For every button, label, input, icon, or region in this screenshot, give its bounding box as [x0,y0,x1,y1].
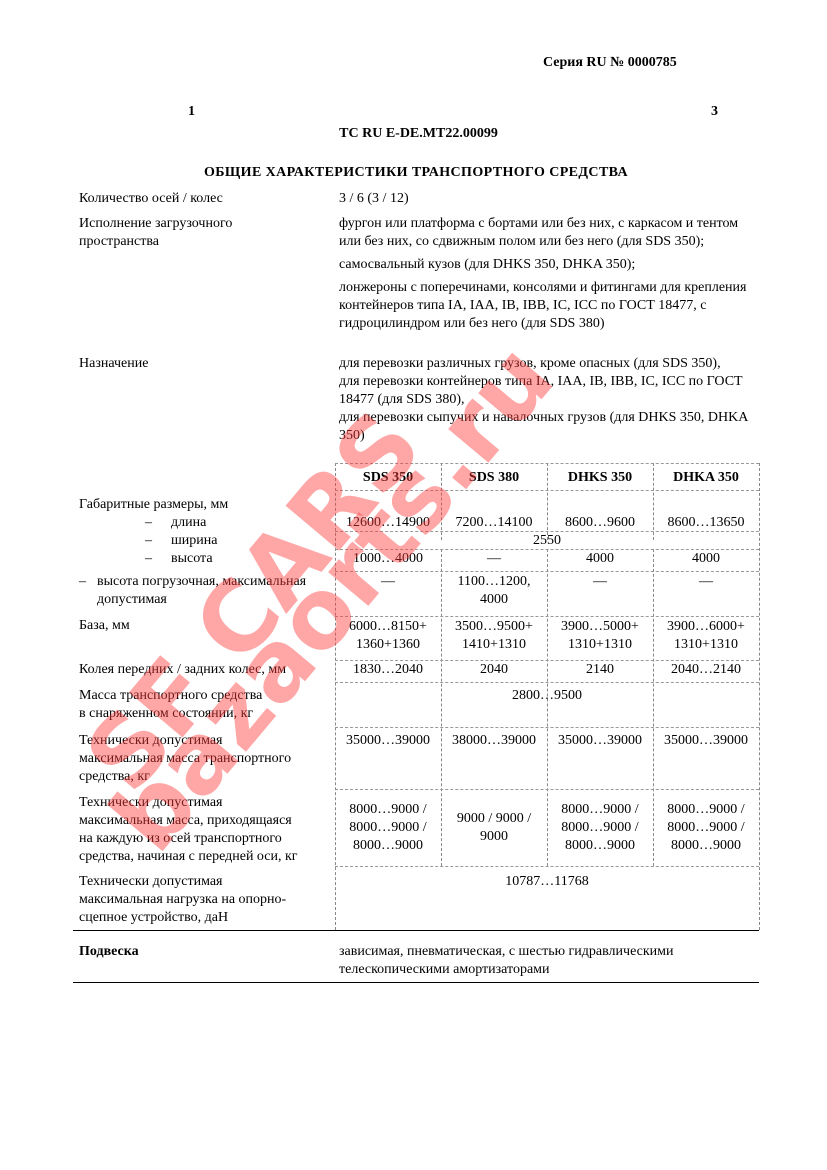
purpose-value-3: для перевозки сыпучих и навалочных грузо… [339,409,759,445]
cargo-value-1: фургон или платформа с бортами или без н… [339,215,759,251]
cargo-value-2: самосвальный кузов (для DHKS 350, DHKA 3… [339,256,759,274]
load-height-sds380: 1100…1200, 4000 [441,573,547,609]
base-sds350: 6000…8150+1360+1360 [335,618,441,654]
height-dhks350: 4000 [547,550,653,568]
length-dhks350: 8600…9600 [547,514,653,532]
width-all: 2550 [335,532,759,550]
length-sds380: 7200…14100 [441,514,547,532]
base-sds380: 3500…9500+1410+1310 [441,618,547,654]
width-label: –ширина [79,532,335,550]
coupling-load-label: Технически допустимая максимальная нагру… [79,873,334,927]
track-dhka350: 2040…2140 [653,661,759,679]
column-number-right: 3 [711,104,718,120]
page-title: ОБЩИЕ ХАРАКТЕРИСТИКИ ТРАНСПОРТНОГО СРЕДС… [0,165,827,181]
column-number-left: 1 [188,104,195,120]
axles-value: 3 / 6 (3 / 12) [339,190,759,208]
suspension-value: зависимая, пневматическая, с шестью гидр… [339,943,759,979]
cargo-values: фургон или платформа с бортами или без н… [339,215,759,337]
model-header-dhks350: DHKS 350 [547,469,653,487]
axle-load-dhka350: 8000…9000 /8000…9000 /8000…9000 [653,801,759,855]
purpose-label: Назначение [79,355,334,373]
height-sds350: 1000…4000 [335,550,441,568]
table-bottom-rule [73,930,759,931]
purpose-value-1: для перевозки различных грузов, кроме оп… [339,355,759,373]
height-dhka350: 4000 [653,550,759,568]
length-dhka350: 8600…13650 [653,514,759,532]
purpose-values: для перевозки различных грузов, кроме оп… [339,355,759,445]
base-dhks350: 3900…5000+1310+1310 [547,618,653,654]
gvw-label: Технически допустимая максимальная масса… [79,732,334,786]
axle-load-label: Технически допустимая максимальная масса… [79,794,334,866]
axles-label: Количество осей / колес [79,190,334,208]
cargo-label-line2: пространства [79,233,334,251]
load-height-label: –высота погрузочная, максимальная допуст… [79,573,334,609]
track-sds350: 1830…2040 [335,661,441,679]
axle-load-sds380: 9000 / 9000 /9000 [441,810,547,846]
document-number: ТС RU E-DE.MT22.00099 [0,126,827,142]
track-dhks350: 2140 [547,661,653,679]
length-label: –длина [79,514,335,532]
axle-load-sds350: 8000…9000 /8000…9000 /8000…9000 [335,801,441,855]
series-number: Серия RU № 0000785 [543,55,677,71]
purpose-value-2: для перевозки контейнеров типа IA, IAA, … [339,373,759,409]
gvw-dhka350: 35000…39000 [653,732,759,750]
load-height-dhka350: — [653,573,759,591]
track-sds380: 2040 [441,661,547,679]
base-dhka350: 3900…6000+1310+1310 [653,618,759,654]
model-header-sds350: SDS 350 [335,469,441,487]
axle-load-dhks350: 8000…9000 /8000…9000 /8000…9000 [547,801,653,855]
cargo-label: Исполнение загрузочного пространства [79,215,334,251]
track-label: Колея передних / задних колес, мм [79,661,334,679]
suspension-label: Подвеска [79,943,334,961]
cargo-label-line1: Исполнение загрузочного [79,215,334,233]
gvw-sds380: 38000…39000 [441,732,547,750]
length-sds350: 12600…14900 [335,514,441,532]
curb-mass-all: 2800…9500 [335,687,759,705]
dims-label: Габаритные размеры, мм [79,496,334,514]
suspension-bottom-rule [73,982,759,983]
load-height-sds350: — [335,573,441,591]
coupling-load-all: 10787…11768 [335,873,759,891]
gvw-dhks350: 35000…39000 [547,732,653,750]
gvw-sds350: 35000…39000 [335,732,441,750]
model-header-dhka350: DHKA 350 [653,469,759,487]
load-height-dhks350: — [547,573,653,591]
specs-table: SDS 350 SDS 380 DHKS 350 DHKA 350 12600…… [335,463,759,930]
height-sds380: — [441,550,547,568]
curb-mass-label: Масса транспортного средства в снаряженн… [79,687,334,723]
model-header-sds380: SDS 380 [441,469,547,487]
height-label: –высота [79,550,335,568]
base-label: База, мм [79,617,334,635]
cargo-value-3: лонжероны с поперечинами, консолями и фи… [339,279,759,333]
